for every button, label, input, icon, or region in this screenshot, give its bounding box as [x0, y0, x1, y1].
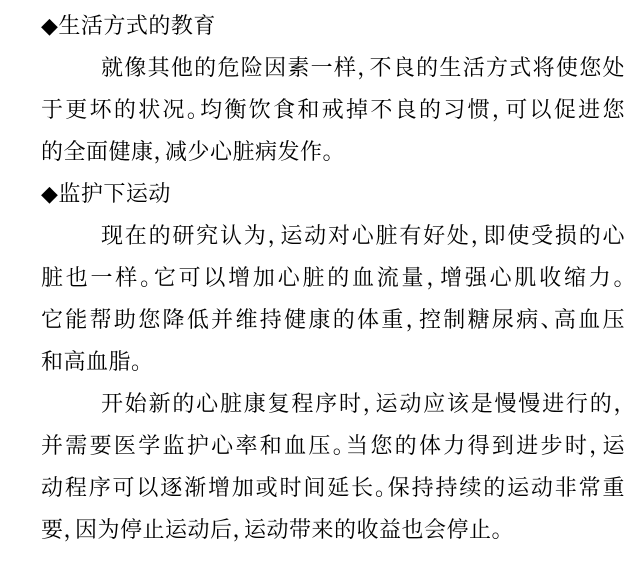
text-line: 于更坏的状况。均衡饮食和戒掉不良的习惯，可以促进您 — [41, 89, 625, 131]
section-heading-lifestyle-education: ◆生活方式的教育 — [41, 5, 625, 47]
text-line: 动程序可以逐渐增加或时间延长。保持持续的运动非常重 — [41, 467, 625, 509]
text-line: 脏也一样。它可以增加心脏的血流量，增强心肌收缩力。 — [41, 257, 625, 299]
text-line: 就像其他的危险因素一样，不良的生活方式将使您处 — [41, 47, 625, 89]
text-line: 现在的研究认为，运动对心脏有好处，即使受损的心 — [41, 215, 625, 257]
diamond-bullet-icon: ◆ — [41, 173, 58, 215]
section-heading-label: 监护下运动 — [58, 181, 171, 206]
text-line: 的全面健康，减少心脏病发作。 — [41, 131, 625, 173]
section-heading-label: 生活方式的教育 — [58, 13, 216, 38]
text-line: 要，因为停止运动后，运动带来的收益也会停止。 — [41, 509, 625, 551]
text-line: 和高血脂。 — [41, 341, 625, 383]
section-heading-monitored-exercise: ◆监护下运动 — [41, 173, 625, 215]
text-line: 开始新的心脏康复程序时，运动应该是慢慢进行的， — [41, 383, 625, 425]
text-line: 它能帮助您降低并维持健康的体重，控制糖尿病、高血压 — [41, 299, 625, 341]
document-page: ◆生活方式的教育 就像其他的危险因素一样，不良的生活方式将使您处 于更坏的状况。… — [41, 5, 625, 551]
diamond-bullet-icon: ◆ — [41, 5, 58, 47]
text-line: 并需要医学监护心率和血压。当您的体力得到进步时，运 — [41, 425, 625, 467]
